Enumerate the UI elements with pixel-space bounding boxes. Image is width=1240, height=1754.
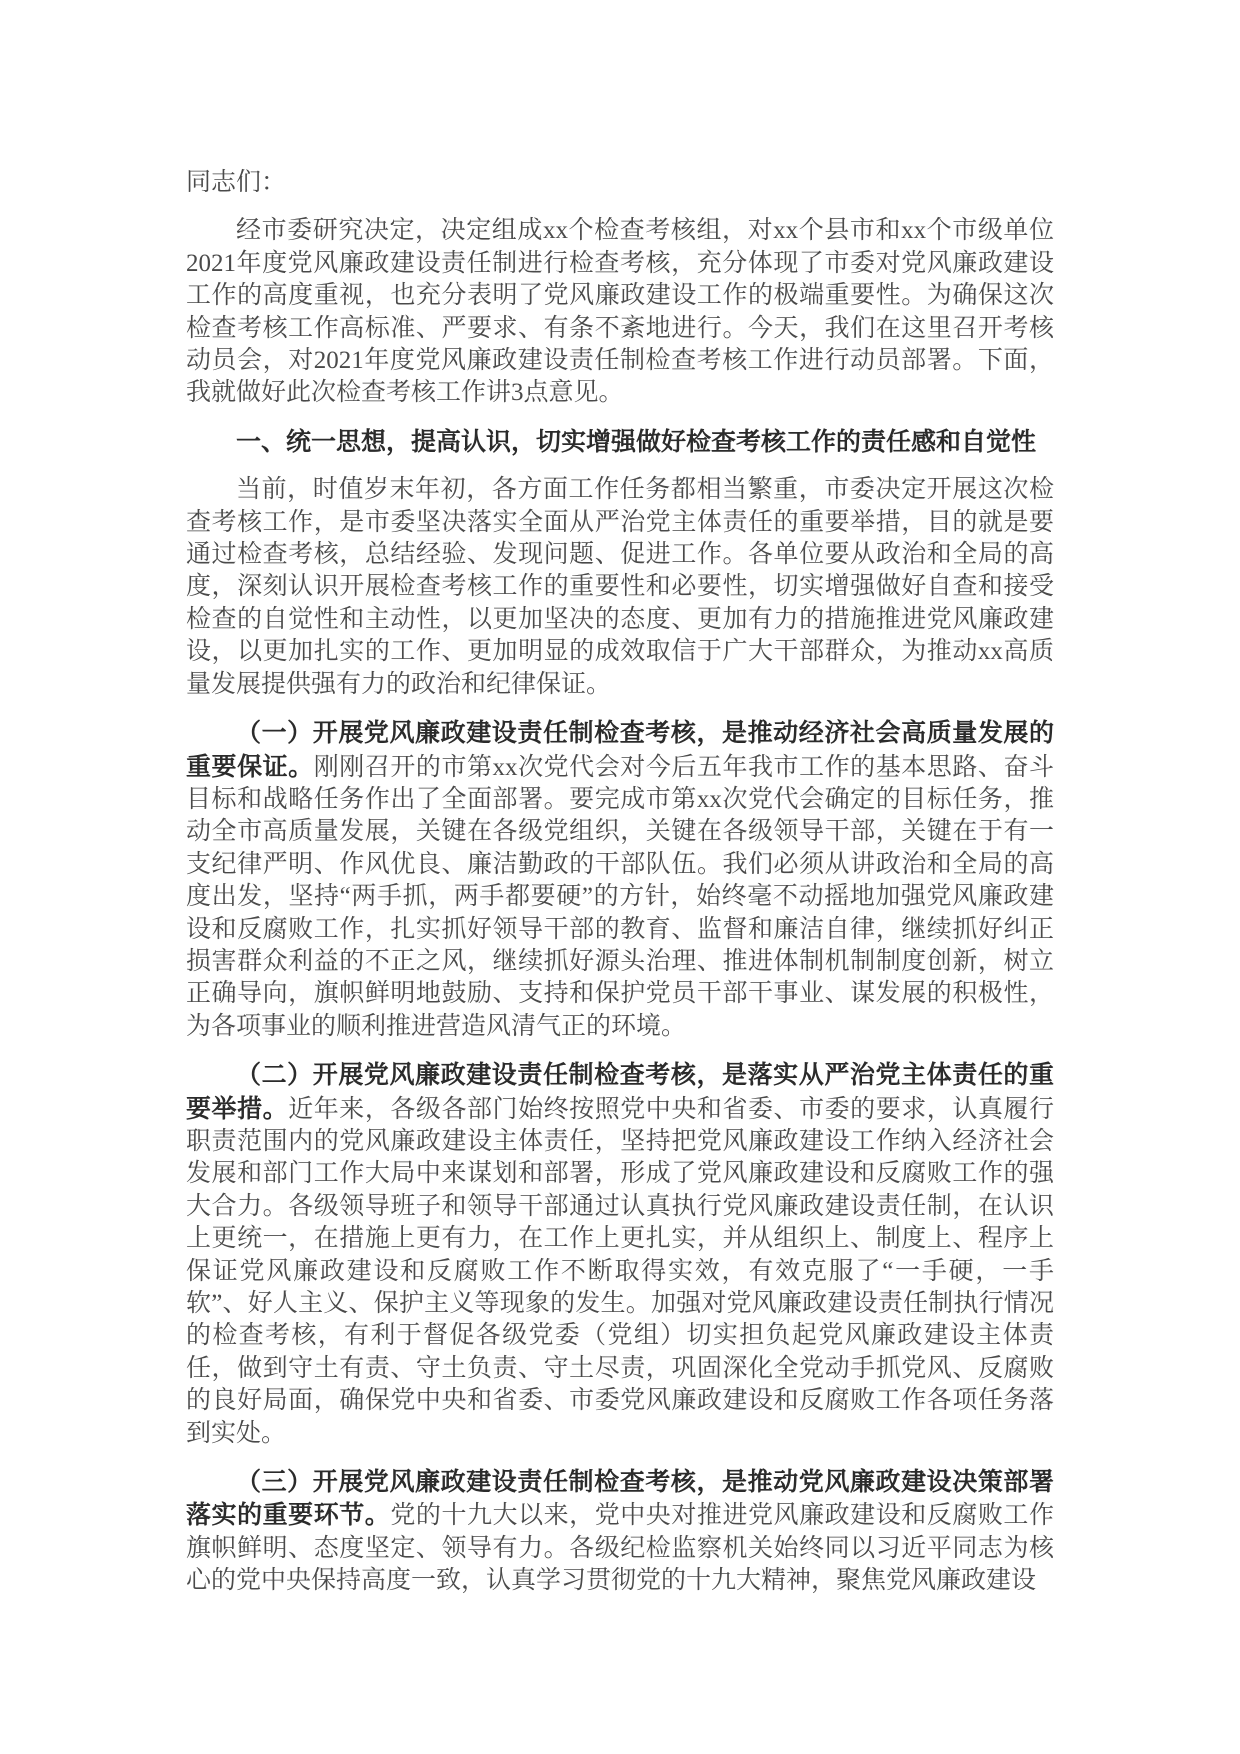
section-1-heading: 一、统一思想，提高认识，切实增强做好检查考核工作的责任感和自觉性 <box>186 426 1054 458</box>
point-2-paragraph: （二）开展党风廉政建设责任制检查考核，是落实从严治党主体责任的重要举措。近年来，… <box>186 1059 1054 1450</box>
point-3-paragraph: （三）开展党风廉政建设责任制检查考核，是推动党风廉政建设决策部署落实的重要环节。… <box>186 1466 1054 1598</box>
point-2-text: 近年来，各级各部门始终按照党中央和省委、市委的要求，认真履行职责范围内的党风廉政… <box>186 1096 1054 1447</box>
salutation: 同志们： <box>186 167 1054 199</box>
section-1-overview-paragraph: 当前，时值岁末年初，各方面工作任务都相当繁重，市委决定开展这次检查考核工作，是市… <box>186 474 1054 701</box>
point-1-text: 刚刚召开的市第xx次党代会对今后五年我市工作的基本思路、奋斗目标和战略任务作出了… <box>186 754 1054 1040</box>
document-page: 同志们： 经市委研究决定，决定组成xx个检查考核组，对xx个县市和xx个市级单位… <box>0 0 1240 1754</box>
point-1-paragraph: （一）开展党风廉政建设责任制检查考核，是推动经济社会高质量发展的重要保证。刚刚召… <box>186 717 1054 1043</box>
document-body: 同志们： 经市委研究决定，决定组成xx个检查考核组，对xx个县市和xx个市级单位… <box>186 167 1054 1614</box>
intro-paragraph: 经市委研究决定，决定组成xx个检查考核组，对xx个县市和xx个市级单位2021年… <box>186 215 1054 409</box>
